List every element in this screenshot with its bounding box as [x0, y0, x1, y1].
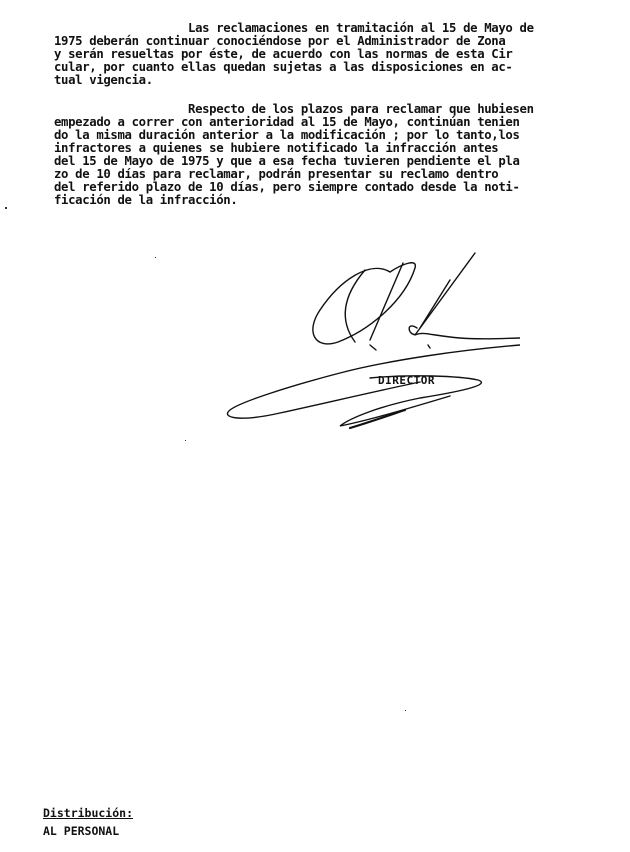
document-page: Las reclamaciones en tramitación al 15 d… — [0, 0, 630, 852]
scan-speck — [405, 710, 406, 711]
distribution-recipient: AL PERSONAL — [43, 824, 119, 838]
distribution-label: Distribución: — [43, 806, 133, 820]
scan-speck — [5, 207, 7, 209]
signature-scribble — [220, 250, 520, 440]
signatory-title: DIRECTOR — [378, 374, 435, 387]
paragraph-line: ficación de la infracción. — [54, 194, 237, 207]
scan-speck — [155, 257, 156, 258]
paragraph-line: tual vigencia. — [54, 74, 153, 87]
scan-speck — [185, 440, 186, 441]
